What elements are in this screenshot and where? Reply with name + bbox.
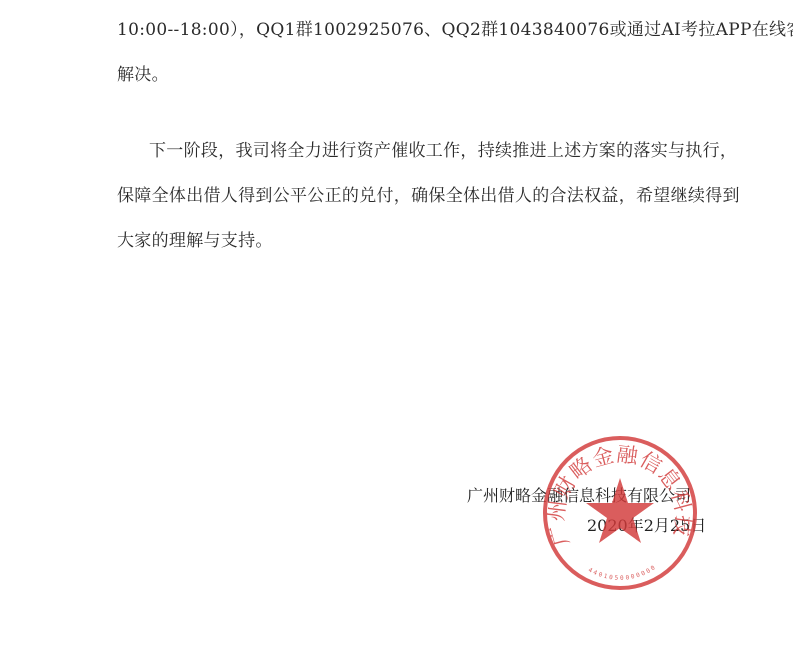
company-seal-icon: 广州财略金融信息科技有限公司 4401050000000 bbox=[540, 433, 700, 593]
paragraph-line: 保障全体出借人得到公平公正的兑付，确保全体出借人的合法权益，希望继续得到 bbox=[117, 185, 740, 207]
svg-text:4401050000000: 4401050000000 bbox=[587, 563, 658, 581]
paragraph-line: 10:00--18:00），QQ1群1002925076、QQ2群1043840… bbox=[117, 19, 793, 41]
paragraph-line: 解决。 bbox=[117, 64, 169, 86]
paragraph-line: 大家的理解与支持。 bbox=[117, 230, 273, 252]
paragraph-line: 下一阶段，我司将全力进行资产催收工作，持续推进上述方案的落实与执行， bbox=[149, 140, 737, 162]
